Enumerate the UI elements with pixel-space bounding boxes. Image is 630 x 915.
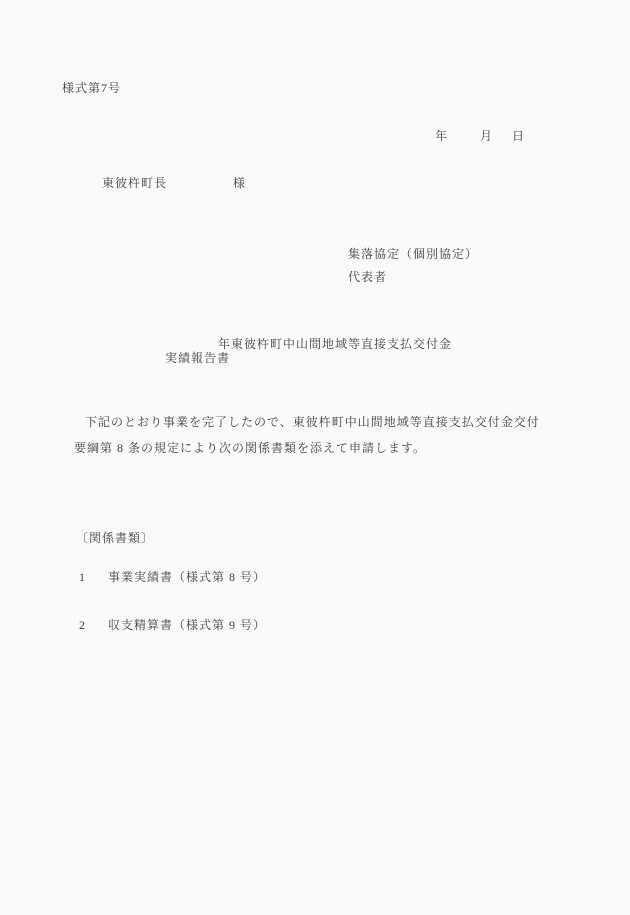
attachment-item-label: 収支精算書（様式第 9 号） [108,618,266,632]
attachment-list-item: 1事業実績書（様式第 8 号） [63,556,266,599]
date-month-label: 月 [480,129,493,143]
form-number: 様式第7号 [62,81,121,95]
body-paragraph-line1: 下記のとおり事業を完了したので、東彼杵町中山間地域等直接支払交付金交付 [85,415,540,429]
attachment-item-number: 1 [79,570,108,584]
attachment-item-number: 2 [79,618,108,632]
date-line: 年 月 日 [435,129,545,145]
date-day-label: 日 [512,129,525,143]
addressee-honorific: 様 [233,176,246,190]
date-year-label: 年 [435,129,448,143]
attachment-list-item: 2収支精算書（様式第 9 号） [63,604,266,647]
sender-agreement-type: 集落協定（個別協定） [348,247,478,261]
addressee-name: 東彼杵町長 [102,176,167,190]
document-title-line2: 実績報告書 [165,351,230,365]
body-paragraph-line2: 要綱第 8 条の規定により次の関係書類を添えて申請します。 [74,441,426,455]
document-title-line1: 年東彼杵町中山間地域等直接支払交付金 [218,337,452,351]
document-page: 様式第7号 年 月 日 東彼杵町長 様 集落協定（個別協定） 代表者 年東彼杵町… [0,0,630,915]
attachment-item-label: 事業実績書（様式第 8 号） [108,570,266,584]
attachments-heading: 〔関係書類〕 [76,531,154,545]
sender-representative-label: 代表者 [348,270,387,284]
